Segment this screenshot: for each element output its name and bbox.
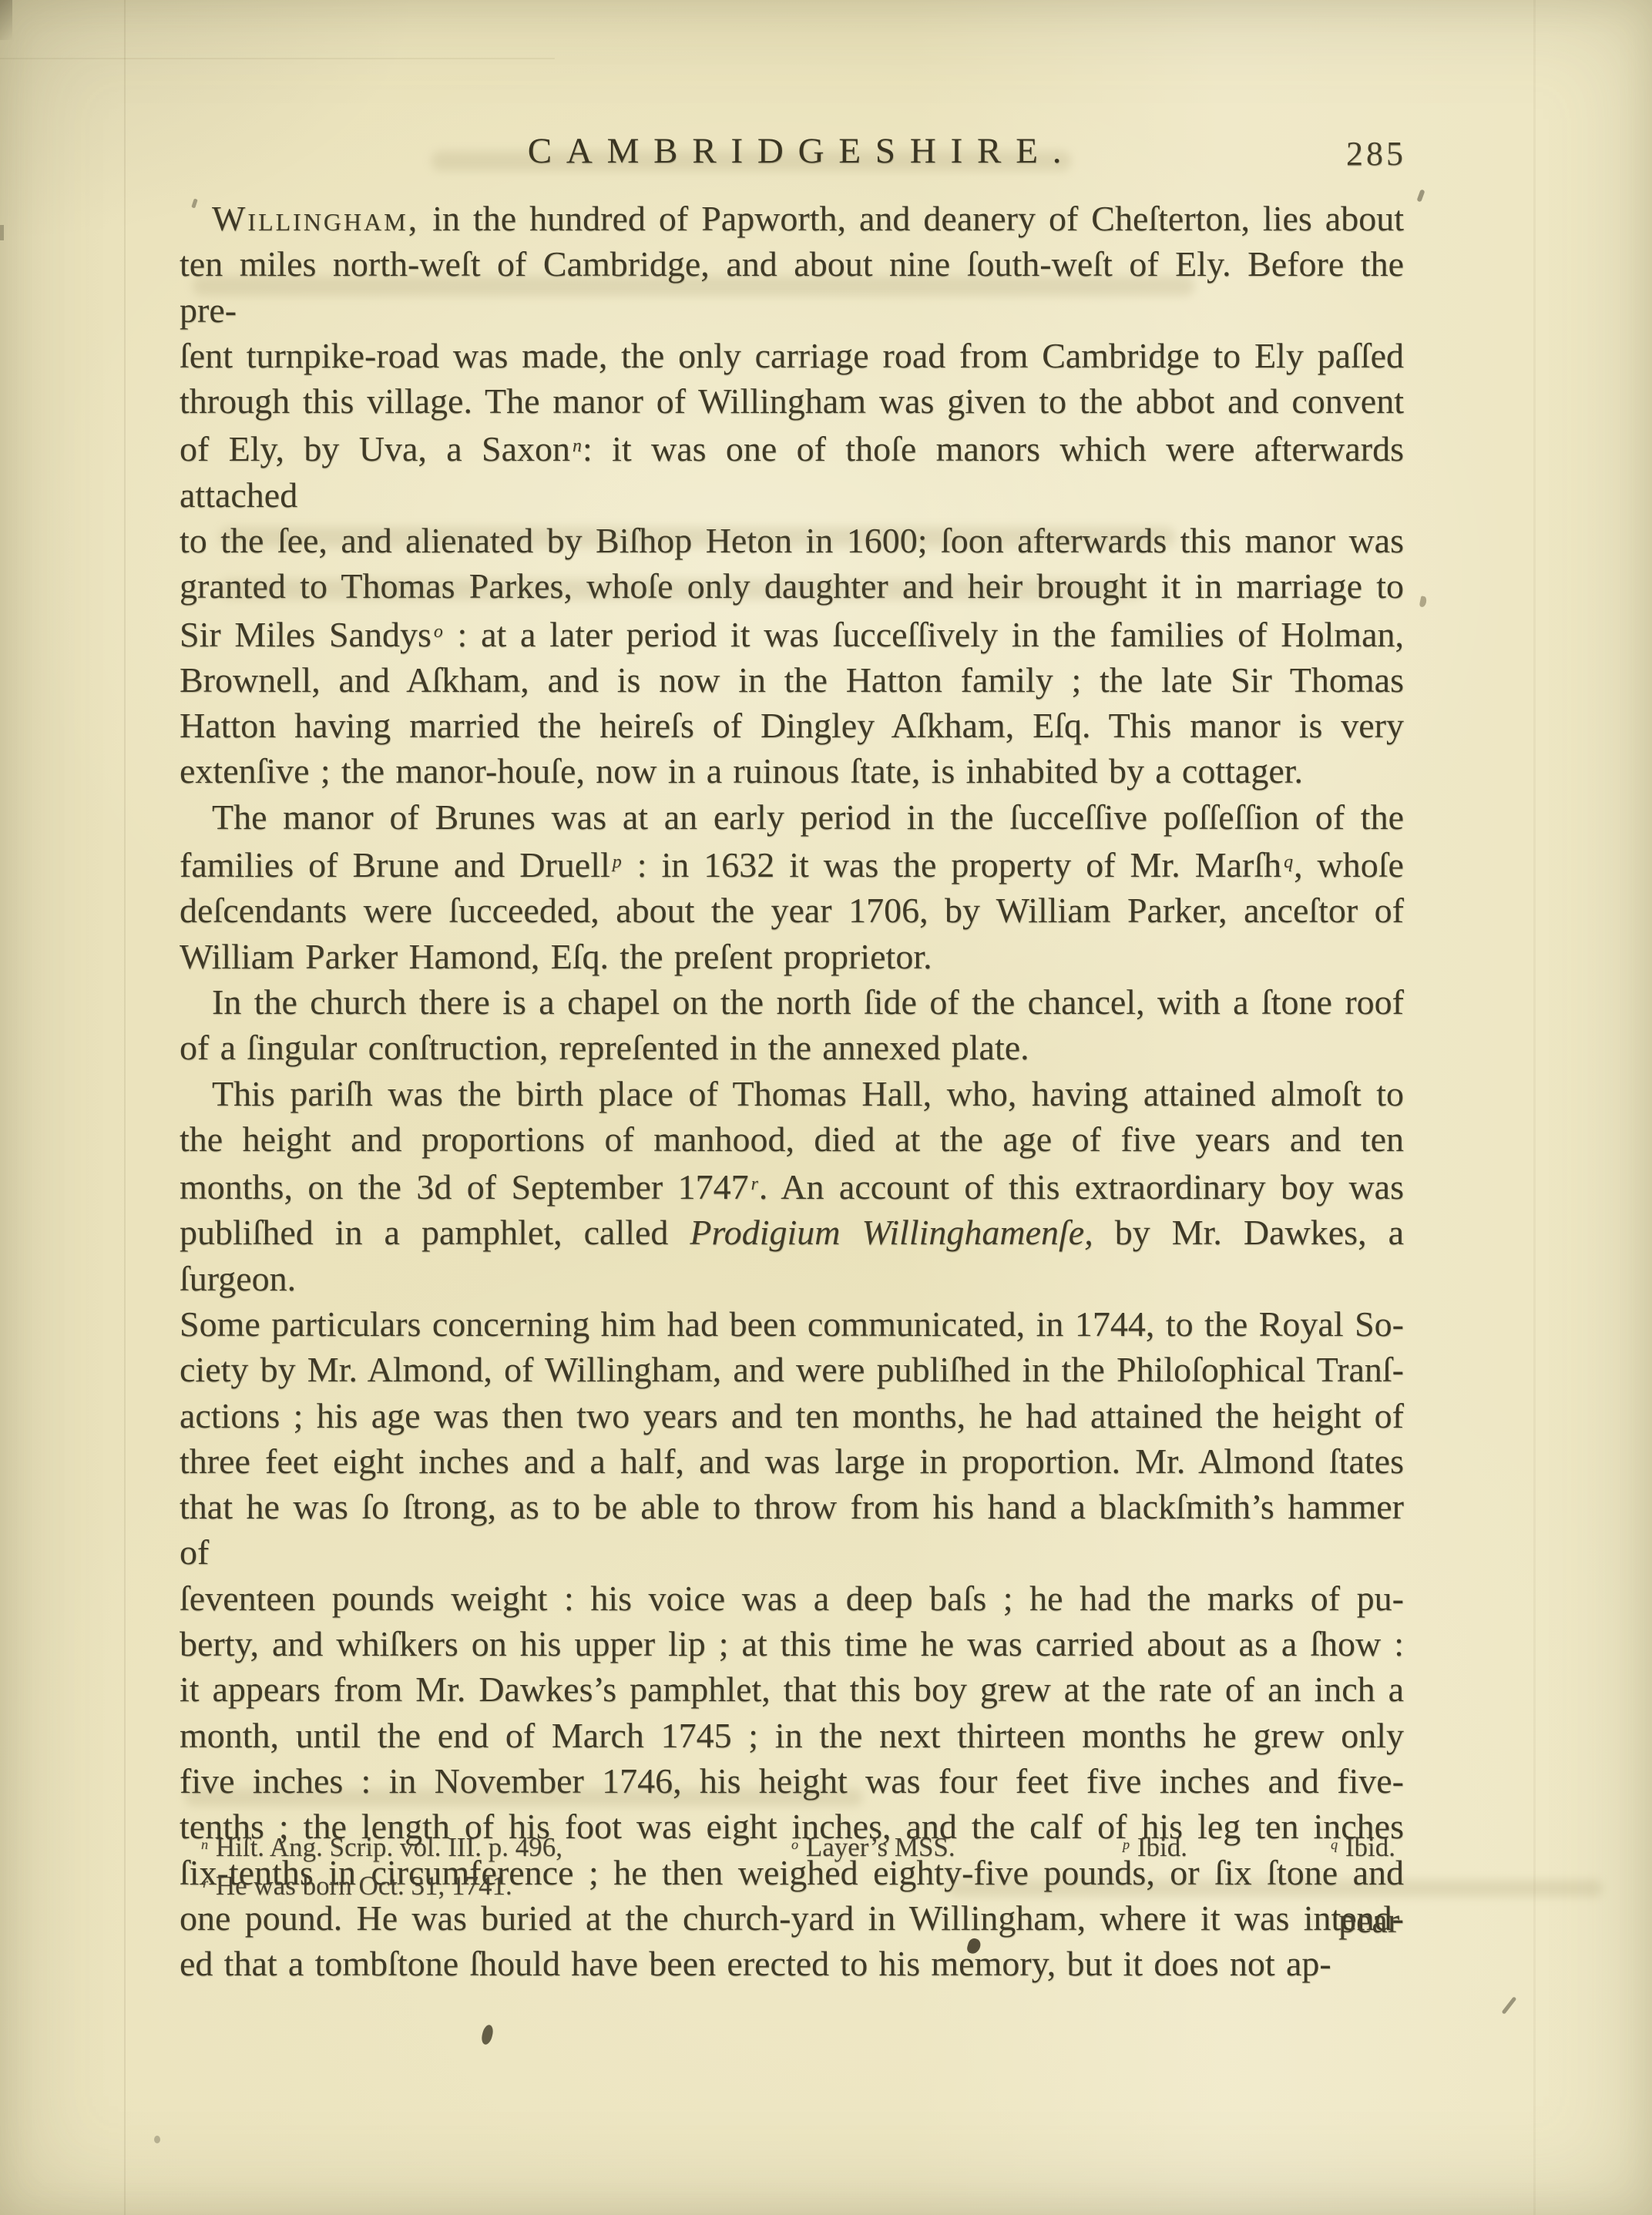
text-segment: extenſive ; the manor-houſe, now in a ru…: [180, 751, 1303, 790]
ink-speck: [154, 2136, 160, 2143]
footnote-marker: p: [613, 852, 622, 872]
text-line: month, until the end of March 1745 ; in …: [180, 1713, 1404, 1758]
text-segment: months, on the 3d of September 1747: [180, 1167, 749, 1207]
body-text: Willingham, in the hundred of Papworth, …: [180, 196, 1404, 1986]
text-segment: ed that a tombſtone ſhould have been ere…: [180, 1944, 1331, 1983]
italic-text: Prodigium Willinghamenſe,: [690, 1213, 1093, 1252]
text-segment: families of Brune and Druell: [180, 845, 610, 884]
footnote-row: r He was born Oct. 31, 1741.: [200, 1866, 1404, 1903]
page-corner-shadow: [0, 0, 12, 40]
catchword: pear: [1338, 1900, 1399, 1941]
text-line: five inches : in November 1746, his heig…: [180, 1758, 1404, 1804]
ink-speck: [480, 2024, 495, 2046]
text-line: ſent turnpike-road was made, the only ca…: [180, 333, 1404, 378]
text-segment: Hatton having married the heireſs of Din…: [180, 706, 1404, 745]
text-line: months, on the 3d of September 1747r. An…: [180, 1162, 1404, 1210]
text-line: Sir Miles Sandyso : at a later period it…: [180, 609, 1404, 657]
ink-speck: [1416, 189, 1425, 202]
text-line: to the ſee, and alienated by Biſhop Heto…: [180, 518, 1404, 563]
text-segment: three feet eight inches and a half, and …: [180, 1441, 1404, 1481]
text-segment: five inches : in November 1746, his heig…: [180, 1761, 1404, 1801]
text-segment: Layer’s MSS.: [799, 1832, 955, 1862]
text-line: Brownell, and Aſkham, and is now in the …: [180, 657, 1404, 703]
text-segment: Hiſt. Ang. Scrip. vol. III. p. 496,: [209, 1832, 562, 1862]
text-segment: In the church there is a chapel on the n…: [212, 982, 1404, 1022]
footnote: p Ibid.: [1120, 1827, 1187, 1864]
footnote-marker: r: [751, 1174, 758, 1194]
text-segment: of a ſingular conſtruction, repreſented …: [180, 1028, 1029, 1067]
text-line: of a ſingular conſtruction, repreſented …: [180, 1025, 1404, 1070]
footnotes: n Hiſt. Ang. Scrip. vol. III. p. 496,o L…: [180, 1827, 1404, 1903]
text-segment: This pariſh was the birth place of Thoma…: [212, 1074, 1404, 1113]
text-line: Hatton having married the heireſs of Din…: [180, 703, 1404, 748]
text-line: through this village. The manor of Willi…: [180, 378, 1404, 424]
text-segment: of Ely, by Uva, a Saxon: [180, 429, 570, 468]
fold-crease-vertical: [124, 0, 126, 2215]
running-header-title: CAMBRIDGESHIRE.: [190, 131, 1414, 171]
ink-speck: [0, 225, 4, 240]
footnote-marker: p: [1123, 1837, 1130, 1852]
fold-crease-horizontal: [0, 58, 555, 59]
text-line: berty, and whiſkers on his upper lip ; a…: [180, 1621, 1404, 1666]
text-line: deſcendants were ſucceeded, about the ye…: [180, 888, 1404, 933]
text-line: families of Brune and Druellp : in 1632 …: [180, 840, 1404, 888]
text-line: it appears from Mr. Dawkes’s pamphlet, t…: [180, 1666, 1404, 1712]
footnote-marker: o: [434, 622, 443, 642]
footnote-marker: n: [201, 1837, 208, 1852]
smallcaps-word: Willingham,: [212, 199, 419, 238]
text-segment: : at a later period it was ſucceſſively …: [444, 615, 1404, 654]
text-segment: that he was ſo ſtrong, as to be able to …: [180, 1487, 1404, 1572]
text-line: The manor of Brunes was at an early peri…: [180, 794, 1404, 840]
footnote: n Hiſt. Ang. Scrip. vol. III. p. 496,: [199, 1827, 562, 1864]
text-segment: through this village. The manor of Willi…: [180, 381, 1404, 421]
footnote: q Ibid.: [1328, 1827, 1395, 1864]
text-line: ten miles north-weſt of Cambridge, and a…: [180, 241, 1404, 333]
text-segment: granted to Thomas Parkes, whoſe only dau…: [180, 566, 1404, 606]
page-number: 285: [1346, 134, 1406, 173]
footnote-marker: o: [791, 1837, 798, 1852]
text-line: ſeventeen pounds weight : his voice was …: [180, 1576, 1404, 1621]
text-segment: in the hundred of Papworth, and deanery …: [419, 199, 1404, 238]
text-line: Some particulars concerning him had been…: [180, 1301, 1404, 1347]
text-line: actions ; his age was then two years and…: [180, 1393, 1404, 1438]
text-segment: Ibid.: [1338, 1832, 1395, 1862]
text-segment: the height and proportions of manhood, d…: [180, 1119, 1404, 1159]
text-line: granted to Thomas Parkes, whoſe only dau…: [180, 563, 1404, 609]
footnote-marker: r: [203, 1875, 208, 1891]
text-segment: publiſhed in a pamphlet, called: [180, 1213, 690, 1252]
text-line: three feet eight inches and a half, and …: [180, 1438, 1404, 1484]
text-line: extenſive ; the manor-houſe, now in a ru…: [180, 748, 1404, 794]
text-segment: to the ſee, and alienated by Biſhop Heto…: [180, 521, 1404, 560]
text-segment: , whoſe: [1294, 845, 1404, 884]
text-segment: Some particulars concerning him had been…: [180, 1304, 1404, 1344]
ink-speck: [1419, 596, 1428, 607]
text-segment: one pound. He was buried at the church-y…: [180, 1898, 1404, 1938]
text-segment: actions ; his age was then two years and…: [180, 1396, 1404, 1435]
text-line: Willingham, in the hundred of Papworth, …: [180, 196, 1404, 241]
footnote: o Layer’s MSS.: [789, 1827, 955, 1864]
text-line: ed that a tombſtone ſhould have been ere…: [180, 1941, 1404, 1986]
text-line: of Ely, by Uva, a Saxonn: it was one of …: [180, 424, 1404, 518]
text-line: that he was ſo ſtrong, as to be able to …: [180, 1484, 1404, 1576]
text-segment: . An account of this extraordinary boy w…: [759, 1167, 1404, 1207]
footnote-marker: q: [1284, 852, 1293, 872]
text-segment: William Parker Hamond, Eſq. the preſent …: [180, 937, 932, 976]
text-segment: deſcendants were ſucceeded, about the ye…: [180, 891, 1404, 930]
fold-crease-right: [1533, 0, 1536, 2215]
text-segment: ſeventeen pounds weight : his voice was …: [180, 1579, 1404, 1618]
text-segment: it appears from Mr. Dawkes’s pamphlet, t…: [180, 1670, 1404, 1709]
text-segment: Brownell, and Aſkham, and is now in the …: [180, 660, 1404, 700]
text-segment: ciety by Mr. Almond, of Willingham, and …: [180, 1350, 1404, 1389]
text-segment: Sir Miles Sandys: [180, 615, 431, 654]
text-segment: ſent turnpike-road was made, the only ca…: [180, 336, 1404, 375]
text-segment: He was born Oct. 31, 1741.: [209, 1871, 512, 1901]
footnote-row: n Hiſt. Ang. Scrip. vol. III. p. 496,o L…: [180, 1827, 1404, 1866]
footnote-marker: n: [572, 436, 582, 456]
text-line: In the church there is a chapel on the n…: [180, 979, 1404, 1025]
text-line: ciety by Mr. Almond, of Willingham, and …: [180, 1347, 1404, 1392]
text-segment: : in 1632 it was the property of Mr. Mar…: [623, 845, 1281, 884]
text-line: This pariſh was the birth place of Thoma…: [180, 1071, 1404, 1116]
text-segment: month, until the end of March 1745 ; in …: [180, 1716, 1404, 1755]
ink-speck: [1502, 1996, 1517, 2015]
footnote-marker: q: [1331, 1837, 1338, 1852]
text-segment: The manor of Brunes was at an early peri…: [212, 797, 1404, 837]
text-line: the height and proportions of manhood, d…: [180, 1116, 1404, 1162]
text-line: publiſhed in a pamphlet, called Prodigiu…: [180, 1210, 1404, 1301]
scanned-book-page: CAMBRIDGESHIRE. 285 Willingham, in the h…: [0, 0, 1652, 2215]
text-segment: ten miles north-weſt of Cambridge, and a…: [180, 244, 1404, 329]
text-segment: berty, and whiſkers on his upper lip ; a…: [180, 1624, 1404, 1663]
text-segment: Ibid.: [1130, 1832, 1187, 1862]
text-line: William Parker Hamond, Eſq. the preſent …: [180, 934, 1404, 979]
